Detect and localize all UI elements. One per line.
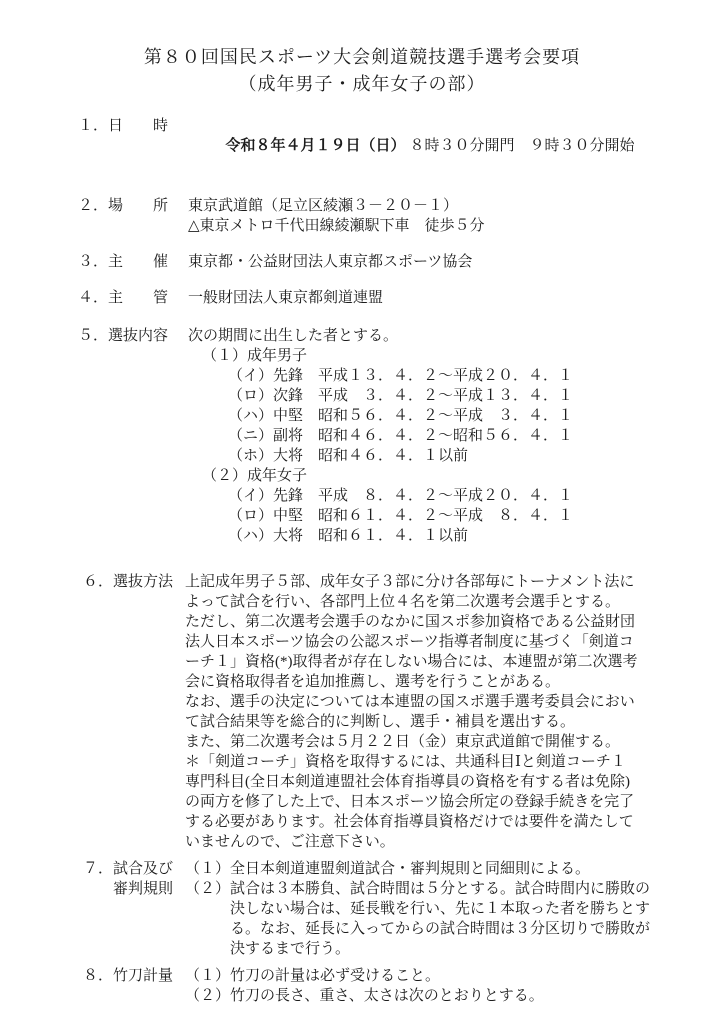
section-shinai-weighing-head: ８． 竹刀計量 [83,966,185,1006]
section-selection-content-head: ５． 選抜内容 [78,326,188,546]
event-date: 令和８年４月１９日（日） [226,137,406,154]
birth-range-row: （イ）先鋒 平成 ８．４．２～平成２０．４．１ [228,486,724,506]
section-venue-number: ２． [78,196,108,236]
section-selection-method-label: 選抜方法 [113,572,173,852]
rules-clause-1: （１） 全日本剣道連盟剣道試合・審判規則と同細則による。 [185,859,724,879]
venue-access-line: △東京メトロ千代田線綾瀬駅下車 徒歩５分 [188,216,724,236]
clause-2-marker: （２） [185,879,230,959]
section-management: ４． 主 管 一般財団法人東京都剣道連盟 [78,288,724,308]
section-match-rules-head: ７． 試合及び 審判規則 [83,859,185,959]
shinai-clause-1: （１）竹刀の計量は必ず受けること。 [185,966,724,986]
coach-footnote-line: する必要があります。社会体育指導員資格だけでは要件を満たして [185,812,724,832]
section-datetime-label: 日 時 [108,116,168,176]
organizer-line: 東京都・公益財団法人東京都スポーツ協会 [188,252,724,272]
section-match-rules-label: 試合及び 審判規則 [113,859,185,959]
rules-clause-2: （２） 試合は３本勝負、試合時間は５分とする。試合時間内に勝敗の 決しない場合は… [185,879,724,959]
birth-range-row: （ニ）副将 昭和４６．４．２～昭和５６．４．１ [228,426,724,446]
method-text-line: 法人日本スポーツ協会の公認スポーツ指導者制度に基づく「剣道コ [185,632,724,652]
method-text-line: また、第二次選考会は５月２２日（金）東京武道館で開催する。 [185,732,724,752]
section-selection-content-body: 次の期間に出生した者とする。 （１）成年男子 （イ）先鋒 平成１３．４．２～平成… [188,326,724,546]
section-venue-label: 場 所 [108,196,168,236]
birth-range-row: （ハ）中堅 昭和５６．４．２～平成 ３．４．１ [228,406,724,426]
birth-range-row: （イ）先鋒 平成１３．４．２～平成２０．４．１ [228,366,724,386]
section-datetime: １． 日 時 令和８年４月１９日（日）８時３０分開門 ９時３０分開始 [78,116,724,176]
coach-footnote-line: いませんので、ご注意下さい。 [185,832,724,852]
method-text-line: ーチ１」資格(*)取得者が存在しない場合には、本連盟が第二次選考 [185,652,724,672]
method-text-line: て試合結果等を総合的に判断し、選手・補員を選出する。 [185,712,724,732]
document-title: 第８０回国民スポーツ大会剣道競技選手選考会要項 [0,44,724,71]
section-shinai-weighing-number: ８． [83,966,113,1006]
group-women-title: （２）成年女子 [202,466,724,486]
method-text-line: 会に資格取得者を追加推薦し、選考を行うことがある。 [185,672,724,692]
section-management-label: 主 管 [108,288,168,308]
document-page: 第８０回国民スポーツ大会剣道競技選手選考会要項 （成年男子・成年女子の部） １．… [0,0,724,1024]
section-organizer-label: 主 催 [108,252,168,272]
method-text-line: よって試合を行い、各部門上位４名を第二次選考会選手とする。 [185,592,724,612]
shinai-clause-2: （２）竹刀の長さ、重さ、太さは次のとおりとする。 [185,986,724,1006]
match-rules-label-line2: 審判規則 [113,881,173,897]
section-venue-head: ２． 場 所 [78,196,188,236]
section-shinai-weighing: ８． 竹刀計量 （１）竹刀の計量は必ず受けること。 （２）竹刀の長さ、重さ、太さ… [83,966,724,1006]
section-selection-content: ５． 選抜内容 次の期間に出生した者とする。 （１）成年男子 （イ）先鋒 平成１… [78,326,724,546]
coach-footnote-line: ＊「剣道コーチ」資格を取得するには、共通科目Ⅰと剣道コーチ１ [185,752,724,772]
section-datetime-content: 令和８年４月１９日（日）８時３０分開門 ９時３０分開始 [188,116,724,176]
document-body: １． 日 時 令和８年４月１９日（日）８時３０分開門 ９時３０分開始 ２． 場 … [0,116,724,1006]
section-organizer-content: 東京都・公益財団法人東京都スポーツ協会 [188,252,724,272]
venue-name-line: 東京武道館（足立区綾瀬３－２０－１） [188,196,724,216]
section-match-rules-body: （１） 全日本剣道連盟剣道試合・審判規則と同細則による。 （２） 試合は３本勝負… [185,859,724,959]
section-management-number: ４． [78,288,108,308]
section-selection-method-body: 上記成年男子５部、成年女子３部に分け各部毎にトーナメント法に よって試合を行い、… [185,572,724,852]
section-shinai-weighing-label: 竹刀計量 [113,966,173,1006]
group-women-rows: （イ）先鋒 平成 ８．４．２～平成２０．４．１ （ロ）中堅 昭和６１．４．２～平… [228,486,724,546]
birth-range-row: （ロ）次鋒 平成 ３．４．２～平成１３．４．１ [228,386,724,406]
clause-2-text-line: 決するまで行う。 [230,939,724,959]
section-selection-method: ６． 選抜方法 上記成年男子５部、成年女子３部に分け各部毎にトーナメント法に よ… [83,572,724,852]
group-men-title: （１）成年男子 [202,346,724,366]
clause-1-text: 全日本剣道連盟剣道試合・審判規則と同細則による。 [230,859,724,879]
section-datetime-number: １． [78,116,108,176]
management-line: 一般財団法人東京都剣道連盟 [188,288,724,308]
coach-footnote-line: 専門科目(全日本剣道連盟社会体育指導員の資格を有する者は免除) [185,772,724,792]
section-venue-content: 東京武道館（足立区綾瀬３－２０－１） △東京メトロ千代田線綾瀬駅下車 徒歩５分 [188,196,724,236]
section-organizer-number: ３． [78,252,108,272]
event-time: ８時３０分開門 ９時３０分開始 [410,138,635,154]
method-text-line: ただし、第二次選考会選手のなかに国スポ参加資格である公益財団 [185,612,724,632]
birth-range-row: （ロ）中堅 昭和６１．４．２～平成 ８．４．１ [228,506,724,526]
section-match-rules-number: ７． [83,859,113,959]
document-subtitle: （成年男子・成年女子の部） [0,71,724,98]
section-selection-content-label: 選抜内容 [108,326,168,546]
clause-2-text-line: る。なお、延長に入ってからの試合時間は３分区切りで勝敗が [230,919,724,939]
section-selection-method-number: ６． [83,572,113,852]
section-management-head: ４． 主 管 [78,288,188,308]
coach-footnote-line: の両方を修了した上で、日本スポーツ協会所定の登録手続きを完了 [185,792,724,812]
clause-1-marker: （１） [185,859,230,879]
section-organizer: ３． 主 催 東京都・公益財団法人東京都スポーツ協会 [78,252,724,272]
title-block: 第８０回国民スポーツ大会剣道競技選手選考会要項 （成年男子・成年女子の部） [0,44,724,98]
section-shinai-weighing-body: （１）竹刀の計量は必ず受けること。 （２）竹刀の長さ、重さ、太さは次のとおりとす… [185,966,724,1006]
section-selection-method-head: ６． 選抜方法 [83,572,185,852]
section-selection-content-number: ５． [78,326,108,546]
birth-range-row: （ハ）大将 昭和６１．４．１以前 [228,526,724,546]
method-text-line: 上記成年男子５部、成年女子３部に分け各部毎にトーナメント法に [185,572,724,592]
section-organizer-head: ３． 主 催 [78,252,188,272]
section-management-content: 一般財団法人東京都剣道連盟 [188,288,724,308]
clause-2-text-line: 試合は３本勝負、試合時間は５分とする。試合時間内に勝敗の [230,879,724,899]
section-datetime-head: １． 日 時 [78,116,188,176]
section-match-rules: ７． 試合及び 審判規則 （１） 全日本剣道連盟剣道試合・審判規則と同細則による… [83,859,724,959]
selection-intro-line: 次の期間に出生した者とする。 [188,326,724,346]
clause-2-text-line: 決しない場合は、延長戦を行い、先に１本取った者を勝ちとす [230,899,724,919]
group-men-rows: （イ）先鋒 平成１３．４．２～平成２０．４．１ （ロ）次鋒 平成 ３．４．２～平… [228,366,724,466]
section-venue: ２． 場 所 東京武道館（足立区綾瀬３－２０－１） △東京メトロ千代田線綾瀬駅下… [78,196,724,236]
birth-range-row: （ホ）大将 昭和４６．４．１以前 [228,446,724,466]
method-text-line: なお、選手の決定については本連盟の国スポ選手選考委員会におい [185,692,724,712]
match-rules-label-line1: 試合及び [113,861,173,877]
